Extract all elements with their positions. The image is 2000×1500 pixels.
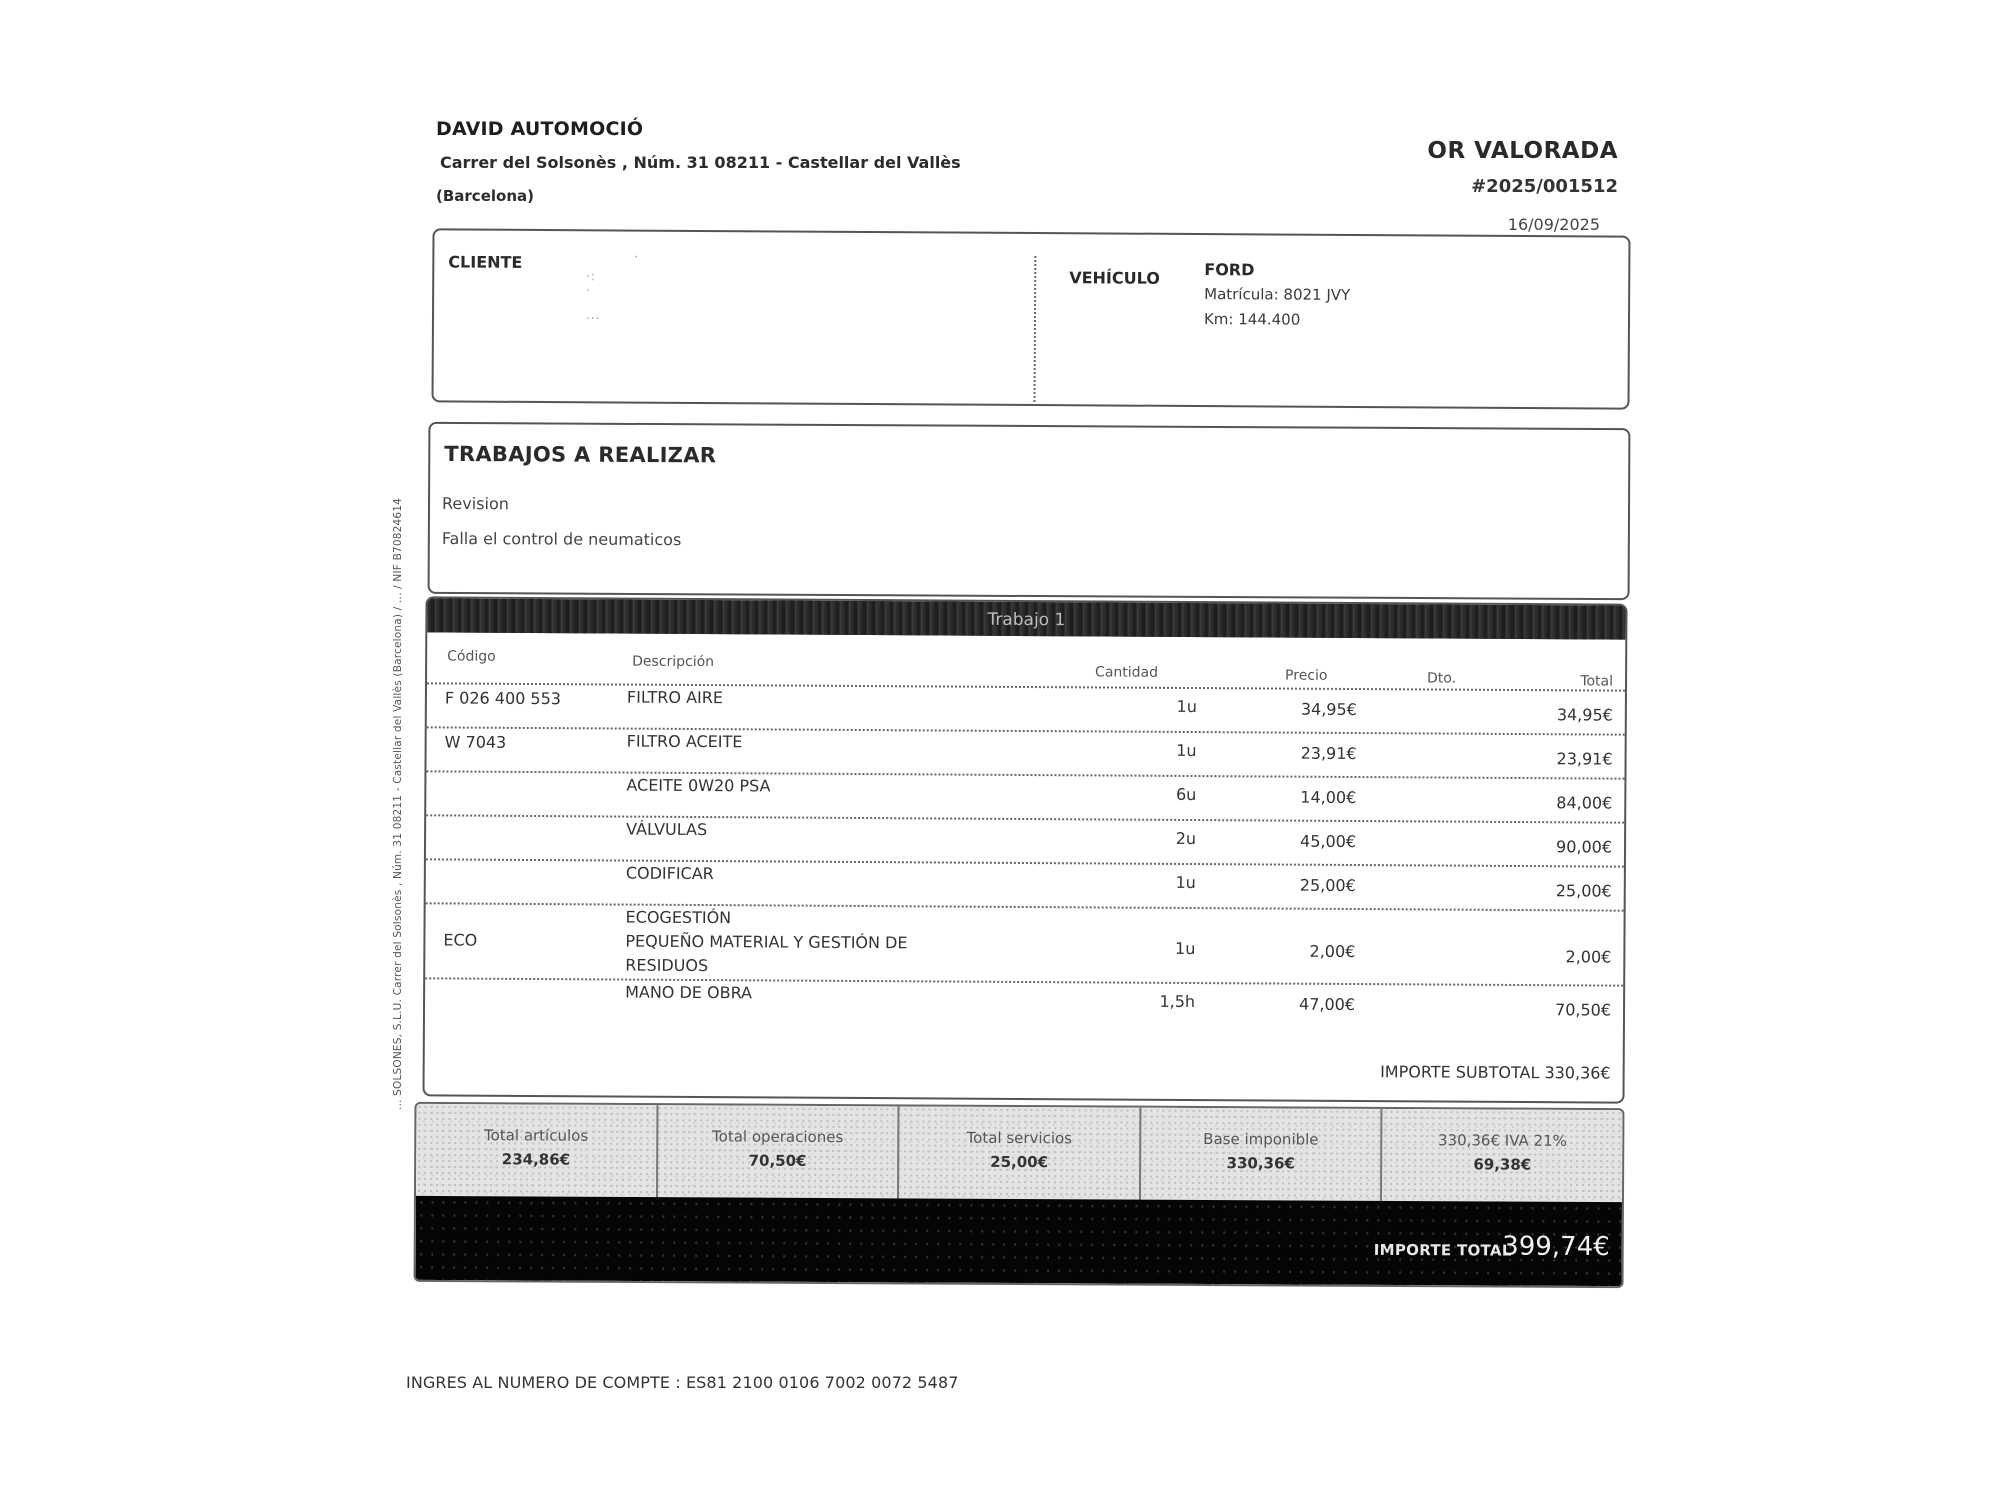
row-separator [427,726,1625,735]
totals-cell-label: Base imponible [1141,1130,1381,1149]
bank-account-footer: INGRES AL NUMERO DE COMPTE : ES81 2100 0… [406,1373,959,1392]
row-separator [425,977,1623,986]
item-total: 90,00€ [1482,837,1612,857]
item-total: 25,00€ [1482,881,1612,901]
item-price: 2,00€ [1245,941,1355,961]
document-title: OR VALORADA [1427,138,1618,164]
row-separator [426,858,1624,867]
client-redacted-line: ·: [586,269,596,283]
totals-cell: Total artículos234,86€ [416,1104,658,1197]
header-price: Precio [1285,668,1328,684]
client-redacted-line: · [634,250,639,264]
job-item: Falla el control de neumaticos [442,529,682,549]
company-address: Carrer del Solsonès , Núm. 31 08211 - Ca… [440,153,961,172]
company-header: DAVID AUTOMOCIÓ Carrer del Solsonès , Nú… [436,118,961,205]
item-description: ACEITE 0W20 PSA [626,774,770,799]
totals-panel: Total artículos234,86€Total operaciones7… [414,1102,1625,1288]
grand-total-bar: IMPORTE TOTAL 399,74€ [416,1196,1622,1286]
item-quantity: 2u [1126,829,1196,848]
totals-cell-label: 330,36€ IVA 21% [1383,1131,1623,1150]
document-page: DAVID AUTOMOCIÓ Carrer del Solsonès , Nú… [0,0,2000,1500]
item-quantity: 1u [1127,697,1197,716]
vehicle-label: VEHÍCULO [1069,268,1160,288]
item-description: VÁLVULAS [626,818,707,842]
totals-cell-value: 69,38€ [1382,1155,1622,1174]
item-description: FILTRO AIRE [627,686,723,711]
company-city: (Barcelona) [436,187,961,205]
item-code: W 7043 [445,732,507,751]
jobs-heading: TRABAJOS A REALIZAR [444,442,716,467]
totals-cell-label: Total servicios [899,1128,1139,1147]
item-total: 2,00€ [1481,947,1611,967]
row-separator [426,814,1624,823]
item-price: 34,95€ [1247,699,1357,719]
client-redacted-line: ··· [586,311,601,325]
item-total: 23,91€ [1483,749,1613,769]
subtotal: IMPORTE SUBTOTAL 330,36€ [1380,1062,1611,1082]
vehicle-plate: Matrícula: 8021 JVY [1204,282,1350,308]
item-quantity: 1u [1127,741,1197,760]
header-total: Total [1580,673,1613,689]
item-quantity: 1u [1125,939,1195,958]
item-description: MANO DE OBRA [625,981,752,1006]
column-divider [1033,256,1036,406]
totals-cell: Total servicios25,00€ [899,1106,1141,1199]
item-code: F 026 400 553 [445,688,561,708]
item-price: 45,00€ [1246,831,1356,851]
grand-total-label: IMPORTE TOTAL [1374,1241,1512,1260]
client-vehicle-box: CLIENTE · ·: · ··· VEHÍCULO FORD Matrícu… [431,228,1630,409]
totals-cell-label: Total artículos [416,1126,656,1145]
item-quantity: 6u [1126,785,1196,804]
totals-cell: 330,36€ IVA 21%69,38€ [1382,1109,1622,1202]
vertical-legal-text: ... SOLSONES, S.L.U. Carrer del Solsonès… [392,210,404,1110]
table-band-title: Trabajo 1 [427,598,1625,639]
item-quantity: 1,5h [1125,992,1195,1011]
item-description: FILTRO ACEITE [627,730,743,755]
line-items-table: Trabajo 1 Código Descripción Cantidad Pr… [422,596,1627,1103]
header-code: Código [447,648,496,664]
totals-cell-value: 70,50€ [658,1151,898,1170]
vehicle-km: Km: 144.400 [1204,307,1350,333]
vehicle-brand: FORD [1204,257,1350,283]
document-header: OR VALORADA #2025/001512 16/09/2025 [1427,138,1618,234]
document-number: #2025/001512 [1427,176,1618,197]
totals-cell-value: 330,36€ [1141,1154,1381,1173]
item-total: 34,95€ [1483,705,1613,725]
client-redacted-line: · [586,283,591,297]
item-total: 70,50€ [1481,1000,1611,1020]
job-item: Revision [442,494,509,513]
totals-cell-label: Total operaciones [658,1127,898,1146]
header-quantity: Cantidad [1095,664,1158,680]
client-label: CLIENTE [448,252,522,271]
item-price: 47,00€ [1245,994,1355,1014]
totals-cell: Base imponible330,36€ [1141,1108,1383,1201]
totals-cell: Total operaciones70,50€ [658,1105,900,1198]
document-date: 16/09/2025 [1427,215,1600,234]
totals-cells: Total artículos234,86€Total operaciones7… [416,1104,1622,1202]
row-separator [426,770,1624,779]
vehicle-info: FORD Matrícula: 8021 JVY Km: 144.400 [1204,257,1351,333]
item-price: 14,00€ [1246,787,1356,807]
item-price: 25,00€ [1246,875,1356,895]
header-discount: Dto. [1427,670,1456,686]
item-code: ECO [443,930,477,949]
jobs-box: TRABAJOS A REALIZAR Revision Falla el co… [428,422,1631,600]
item-quantity: 1u [1126,873,1196,892]
grand-total-value: 399,74€ [1502,1232,1610,1263]
item-description: ECOGESTIÓN PEQUEÑO MATERIAL Y GESTIÓN DE… [625,906,908,980]
item-total: 84,00€ [1482,793,1612,813]
item-price: 23,91€ [1247,743,1357,763]
item-description: CODIFICAR [626,862,714,887]
totals-cell-value: 234,86€ [416,1150,656,1169]
row-separator [426,902,1624,911]
company-name: DAVID AUTOMOCIÓ [436,118,961,140]
totals-cell-value: 25,00€ [899,1152,1139,1171]
header-description: Descripción [632,654,714,671]
